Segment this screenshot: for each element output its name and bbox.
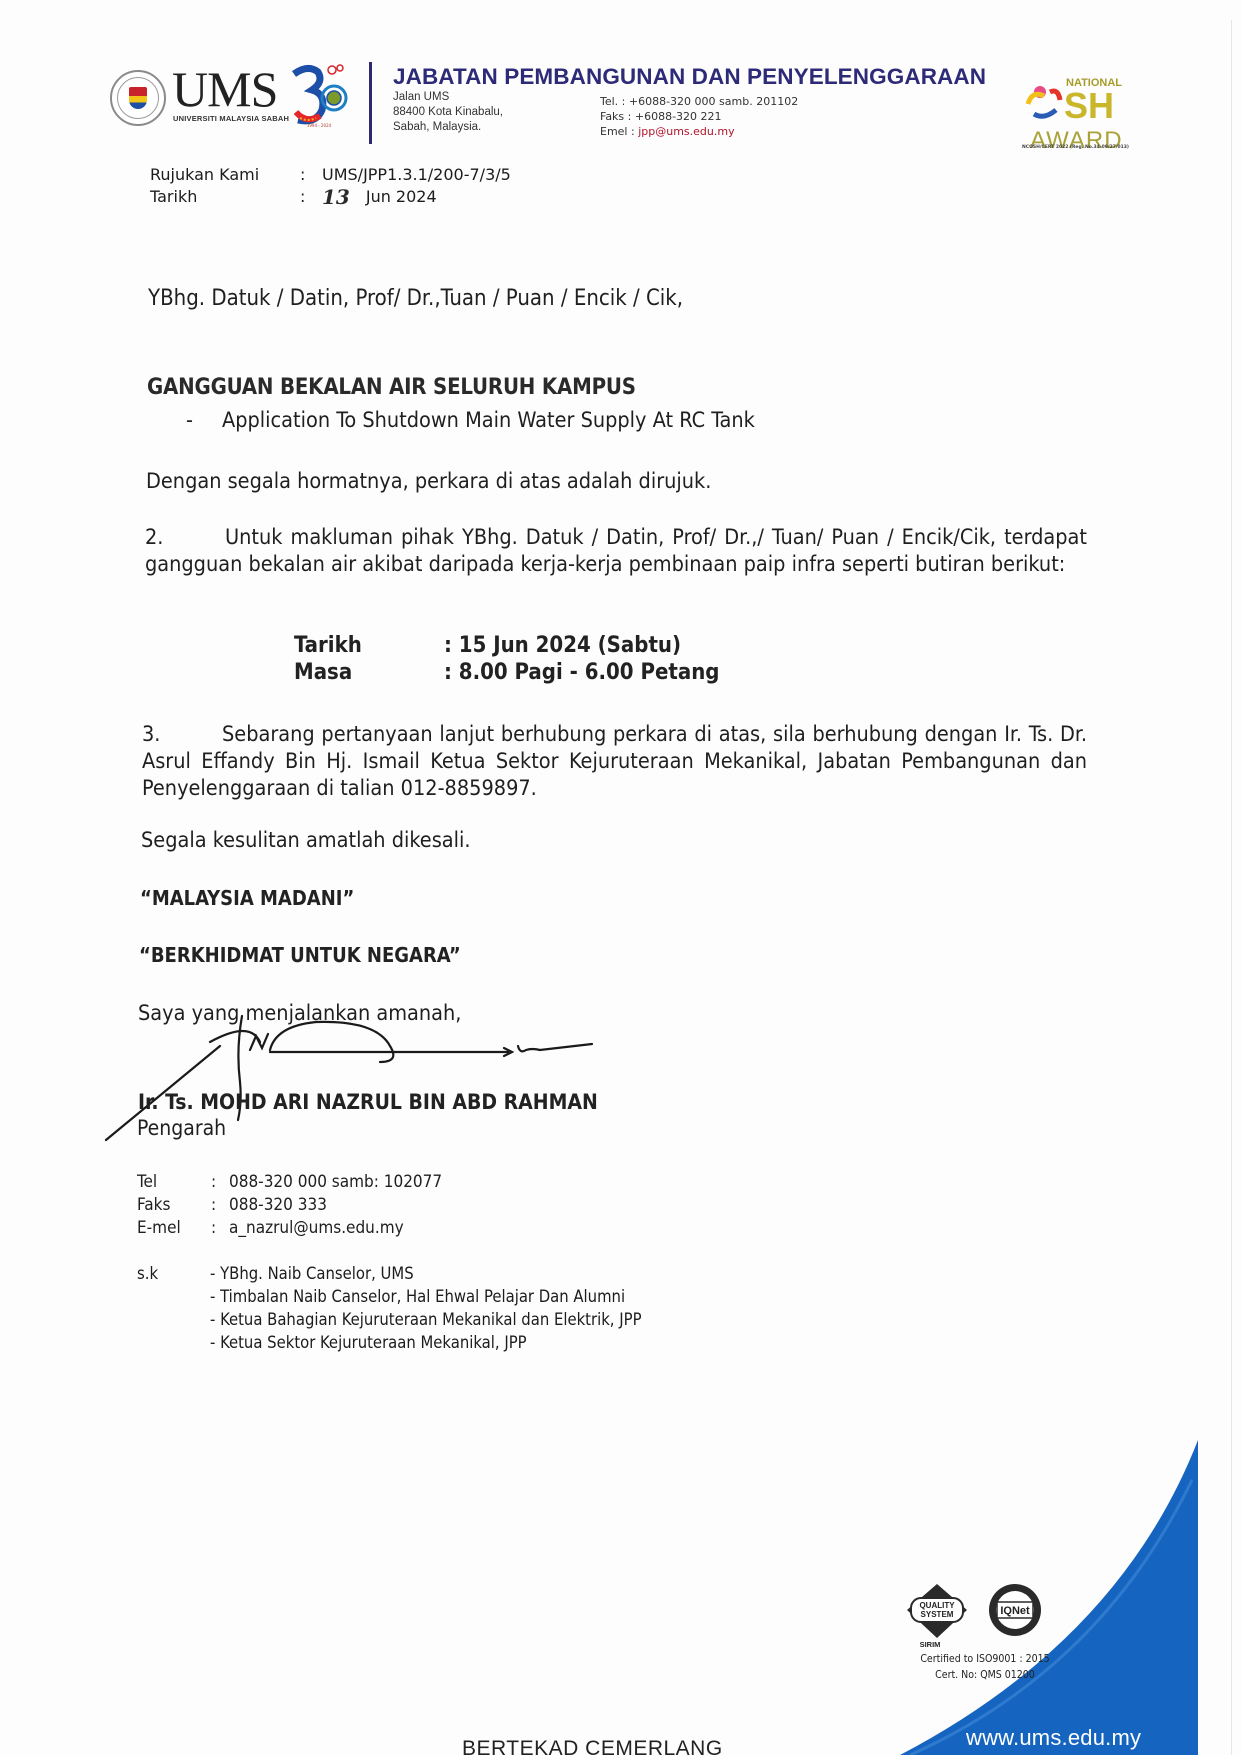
handwritten-day: 13	[322, 186, 350, 208]
shield-icon	[129, 87, 147, 109]
paragraph-number: 3.	[142, 721, 222, 748]
address-line: 88400 Kota Kinabalu,	[393, 105, 503, 120]
email-link[interactable]: jpp@ums.edu.my	[638, 125, 734, 138]
paragraph-text: Sebarang pertanyaan lanjut berhubung per…	[142, 722, 1087, 801]
paragraph-3: 3.Sebarang pertanyaan lanjut berhubung p…	[142, 721, 1087, 802]
subject-heading: GANGGUAN BEKALAN AIR SELURUH KAMPUS	[147, 375, 636, 400]
email-label: Emel :	[600, 125, 635, 138]
svg-text:1994 - 2024: 1994 - 2024	[307, 123, 332, 128]
paragraph-2: 2.Untuk makluman pihak YBhg. Datuk / Dat…	[145, 524, 1087, 578]
detail-value: : 15 Jun 2024 (Sabtu)	[444, 632, 681, 659]
slogan-malaysia-madani: “MALAYSIA MADANI”	[140, 886, 354, 910]
ums-crest-logo	[110, 70, 166, 126]
footer-motto: BERTEKAD CEMERLANG	[462, 1737, 723, 1755]
header-divider	[369, 62, 372, 144]
contact-fax: 088-320 333	[229, 1194, 327, 1217]
reference-block: Rujukan Kami : UMS/JPP1.3.1/200-7/3/5 Ta…	[150, 164, 511, 208]
ref-label: Rujukan Kami	[150, 164, 300, 186]
contact-tel: 088-320 000 samb: 102077	[229, 1171, 442, 1194]
subtitle-text: Application To Shutdown Main Water Suppl…	[222, 408, 755, 433]
paragraph-text: Untuk makluman pihak YBhg. Datuk / Datin…	[145, 525, 1087, 577]
svg-text:QUALITY: QUALITY	[919, 1601, 955, 1610]
fax-value: +6088-320 221	[635, 110, 722, 123]
osh-cert-number: NCOSH/CERT 2022 (Reg. No.34-09/27/013)	[1022, 145, 1129, 150]
detail-label: Tarikh	[294, 632, 444, 659]
tel-label: Tel. :	[600, 95, 625, 108]
address-line: Jalan UMS	[393, 90, 503, 105]
paragraph-4: Segala kesulitan amatlah dikesali.	[141, 828, 471, 853]
department-name: JABATAN PEMBANGUNAN DAN PENYELENGGARAAN	[393, 64, 986, 90]
cc-item: - Timbalan Naib Canselor, Hal Ehwal Pela…	[210, 1285, 625, 1308]
dash: -	[186, 408, 222, 433]
colon: :	[300, 164, 322, 186]
30th-anniversary-logo: 1994 - 2024	[288, 62, 350, 128]
colon: :	[300, 186, 322, 208]
disruption-details: Tarikh: 15 Jun 2024 (Sabtu) Masa: 8.00 P…	[294, 632, 719, 686]
cc-label: s.k	[137, 1262, 210, 1285]
osh-award-logo: NATIONAL SH AWARD	[1022, 70, 1137, 154]
cc-item: - Ketua Sektor Kejuruteraan Mekanikal, J…	[210, 1331, 527, 1354]
ref-value: UMS/JPP1.3.1/200-7/3/5	[322, 164, 511, 186]
department-contact: Tel. : +6088-320 000 samb. 201102 Faks :…	[600, 94, 798, 139]
cc-item: - Ketua Bahagian Kejuruteraan Mekanikal …	[210, 1308, 642, 1331]
svg-text:IQNet: IQNet	[1000, 1605, 1030, 1617]
address-line: Sabah, Malaysia.	[393, 120, 503, 135]
iso-certification: Certified to ISO9001 : 2015 Cert. No: QM…	[890, 1651, 1080, 1683]
cc-item: - YBhg. Naib Canselor, UMS	[210, 1262, 414, 1285]
contact-label: Tel	[137, 1171, 211, 1194]
ums-wordmark: UMS	[172, 64, 277, 114]
colon: :	[211, 1217, 229, 1240]
iqnet-badge: IQNet	[989, 1584, 1041, 1636]
cc-list: s.k- YBhg. Naib Canselor, UMS - Timbalan…	[137, 1262, 642, 1354]
contact-email[interactable]: a_nazrul@ums.edu.my	[229, 1217, 404, 1240]
detail-label: Masa	[294, 659, 444, 686]
subject-subtitle: -Application To Shutdown Main Water Supp…	[186, 408, 755, 433]
contact-label: Faks	[137, 1194, 211, 1217]
paragraph-1: Dengan segala hormatnya, perkara di atas…	[146, 469, 711, 494]
colon: :	[211, 1194, 229, 1217]
svg-text:SH: SH	[1064, 85, 1114, 126]
slogan-berkhidmat: “BERKHIDMAT UNTUK NEGARA”	[139, 943, 461, 967]
paragraph-number: 2.	[145, 524, 225, 551]
quality-system-badge: QUALITY SYSTEM	[907, 1584, 967, 1638]
website-link[interactable]: www.ums.edu.my	[966, 1725, 1141, 1751]
date-value: Jun 2024	[366, 186, 437, 208]
signatory-position: Pengarah	[137, 1116, 226, 1140]
signatory-contact: Tel:088-320 000 samb: 102077 Faks:088-32…	[137, 1171, 442, 1240]
fax-label: Faks :	[600, 110, 631, 123]
contact-label: E-mel	[137, 1217, 211, 1240]
sirim-label: SIRIM	[890, 1640, 970, 1649]
cert-number: Cert. No: QMS 01200	[890, 1667, 1080, 1683]
salutation: YBhg. Datuk / Datin, Prof/ Dr.,Tuan / Pu…	[148, 286, 683, 311]
detail-value: : 8.00 Pagi - 6.00 Petang	[444, 659, 719, 686]
signatory-name: Ir. Ts. MOHD ARI NAZRUL BIN ABD RAHMAN	[138, 1090, 598, 1114]
tel-value: +6088-320 000 samb. 201102	[629, 95, 798, 108]
svg-text:SYSTEM: SYSTEM	[921, 1610, 954, 1619]
university-name: UNIVERSITI MALAYSIA SABAH	[173, 114, 289, 123]
date-label: Tarikh	[150, 186, 300, 208]
cert-line: Certified to ISO9001 : 2015	[890, 1651, 1080, 1667]
colon: :	[211, 1171, 229, 1194]
department-address: Jalan UMS 88400 Kota Kinabalu, Sabah, Ma…	[393, 90, 503, 135]
